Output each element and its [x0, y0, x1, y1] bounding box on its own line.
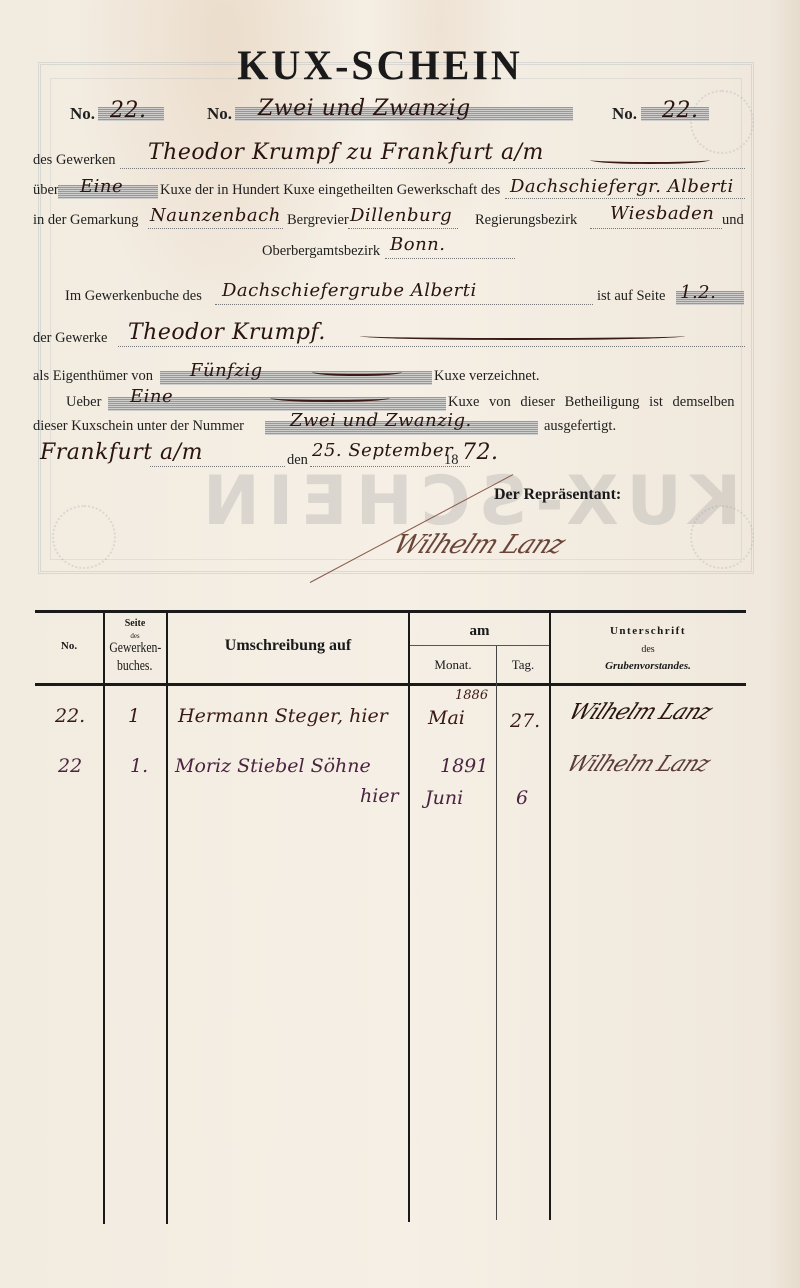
regierungsbezirk-label: Regierungsbezirk	[475, 212, 577, 229]
col-divider	[166, 612, 168, 1224]
year-prefix: 18	[444, 452, 459, 469]
seite-label: ist auf Seite	[597, 288, 665, 305]
ausgefertigt-text: ausgefertigt.	[544, 418, 616, 435]
dotted-line	[348, 228, 458, 229]
row1-year: 1886	[455, 688, 488, 703]
nummer-label: dieser Kuxschein unter der Nummer	[33, 418, 244, 435]
gewerke-label: der Gewerke	[33, 330, 107, 347]
header-umschreibung: Umschreibung auf	[168, 637, 408, 655]
header-seite-des: des	[104, 632, 166, 640]
row2-umschreibung: Moriz Stiebel Söhne	[175, 755, 371, 777]
fill-stroke	[312, 368, 402, 376]
row2-monat: Juni	[425, 787, 463, 809]
dotted-line	[118, 346, 745, 347]
header-tag: Tag.	[497, 657, 549, 673]
header-buches: buches.	[96, 658, 174, 675]
header-grubenvorstand: Grubenvorstandes.	[551, 660, 745, 672]
dotted-line	[590, 228, 722, 229]
number-right-value: 22.	[662, 98, 699, 123]
row1-tag: 27.	[510, 710, 540, 732]
ornament-icon	[690, 90, 754, 154]
gewerkenbuch-label: Im Gewerkenbuche des	[65, 288, 202, 305]
ueber-label: über	[33, 182, 59, 199]
ueber2-value: Eine	[130, 386, 173, 407]
header-buches-text: buches.	[117, 658, 152, 675]
row2-umschreibung-2: hier	[360, 785, 399, 807]
year-suffix: 72.	[462, 440, 499, 465]
header-unterschrift: Unterschrift	[551, 625, 745, 637]
bergrevier-value: Dillenburg	[350, 205, 452, 226]
ueber-value: Eine	[80, 176, 123, 197]
representative-label: Der Repräsentant:	[494, 486, 621, 504]
number-words-label: No.	[207, 104, 232, 124]
row1-seite: 1	[128, 705, 140, 727]
kuxe-text: Kuxe der in Hundert Kuxe eingetheilten G…	[160, 182, 500, 199]
eigenthuemer-value: Fünfzig	[190, 360, 263, 381]
number-value: 22.	[110, 98, 147, 123]
col-divider	[549, 612, 551, 1220]
row1-signature: Wilhelm Lanz	[564, 700, 716, 725]
oberbergamt-label: Oberbergamtsbezirk	[262, 243, 380, 260]
dotted-line	[385, 258, 515, 259]
dotted-line	[505, 198, 745, 199]
gewerkschaft-value: Dachschiefergr. Alberti	[510, 176, 734, 197]
header-am: am	[410, 623, 549, 640]
col-divider	[496, 646, 497, 1220]
und-label: und	[722, 212, 744, 229]
row1-monat: Mai	[428, 707, 465, 729]
date-value: 25. September	[312, 440, 453, 461]
nummer-value: Zwei und Zwanzig.	[290, 410, 472, 431]
row2-no: 22	[58, 755, 82, 777]
verzeichnet-text: Kuxe verzeichnet.	[434, 368, 539, 385]
row1-no: 22.	[55, 705, 85, 727]
header-gewerken: Gewerken-	[96, 640, 174, 657]
row2-seite: 1.	[130, 755, 148, 777]
am-subrule	[409, 645, 549, 646]
dotted-line	[120, 168, 745, 169]
table-top-rule	[35, 610, 746, 613]
gewerkenbuch-value: Dachschiefergrube Alberti	[222, 280, 477, 301]
fill-stroke	[360, 332, 685, 340]
row2-tag: 6	[516, 787, 528, 809]
bergrevier-label: Bergrevier	[287, 212, 349, 229]
col-divider	[103, 612, 105, 1224]
ornament-icon	[52, 505, 116, 569]
representative-signature: Wilhelm Lanz	[388, 530, 569, 560]
dotted-line	[148, 228, 283, 229]
header-unterschrift-des: des	[551, 644, 745, 655]
dotted-line	[150, 466, 285, 467]
seite-value: 1.2.	[680, 282, 716, 303]
row2-signature: Wilhelm Lanz	[562, 752, 714, 777]
dotted-line	[215, 304, 593, 305]
row1-umschreibung: Hermann Steger, hier	[178, 705, 388, 727]
number-label: No.	[70, 104, 95, 124]
place-value: Frankfurt a/m	[40, 440, 203, 465]
number-right-label: No.	[612, 104, 637, 124]
header-monat: Monat.	[410, 657, 496, 673]
gewerke-value: Theodor Krumpf.	[128, 320, 326, 345]
betheiligung-text: Kuxe von dieser Betheiligung ist demselb…	[448, 394, 735, 411]
number-words-value: Zwei und Zwanzig	[258, 96, 471, 121]
oberbergamt-value: Bonn.	[390, 234, 445, 255]
fill-stroke	[590, 156, 710, 164]
col-divider	[408, 612, 410, 1222]
eigenthuemer-label: als Eigenthümer von	[33, 368, 153, 385]
row2-year: 1891	[440, 755, 488, 777]
header-gewerken-text: Gewerken-	[109, 640, 161, 657]
table-header-rule	[35, 683, 746, 686]
document-title: KUX-SCHEIN	[0, 41, 760, 90]
date-den-label: den	[287, 452, 308, 469]
regierungsbezirk-value: Wiesbaden	[610, 203, 714, 224]
gemarkung-label: in der Gemarkung	[33, 212, 139, 229]
gemarkung-value: Naunzenbach	[150, 205, 281, 226]
fill-stroke	[270, 394, 390, 402]
ueber2-label: Ueber	[66, 394, 101, 411]
gewerken-label: des Gewerken	[33, 152, 116, 169]
header-no: No.	[35, 640, 103, 652]
header-seite: Seite	[104, 618, 166, 629]
gewerken-value: Theodor Krumpf zu Frankfurt a/m	[148, 140, 544, 165]
